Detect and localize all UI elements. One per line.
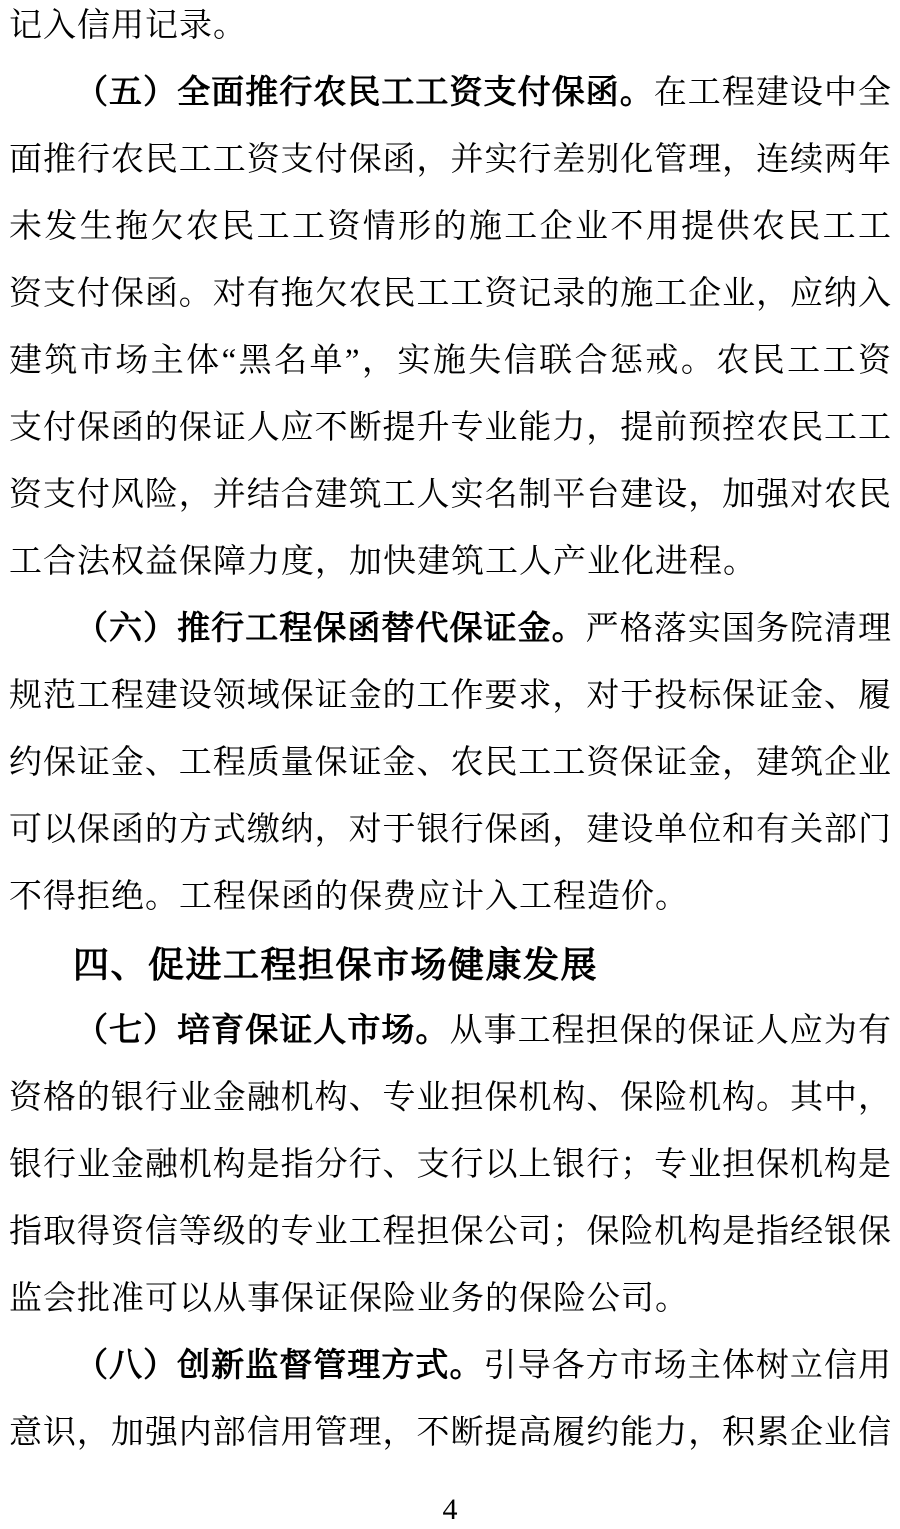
body-line: 面推行农民工工资支付保函，并实行差别化管理，连续两年 bbox=[9, 127, 891, 194]
body-text: 可以保函的方式缴纳，对于银行保函，建设单位和有关部门 bbox=[9, 812, 891, 848]
body-text: 从事工程担保的保证人应为有 bbox=[449, 1013, 891, 1049]
body-line: 记入信用记录。 bbox=[9, 0, 891, 60]
body-text: 规范工程建设领域保证金的工作要求，对于投标保证金、履 bbox=[9, 678, 891, 714]
body-text: 建筑市场主体“黑名单”，实施失信联合惩戒。农民工工资 bbox=[9, 343, 891, 379]
body-text: 工合法权益保障力度，加快建筑工人产业化进程。 bbox=[9, 544, 757, 580]
body-text: 严格落实国务院清理 bbox=[586, 611, 891, 647]
body-line: 支付保函的保证人应不断提升专业能力，提前预控农民工工 bbox=[9, 395, 891, 462]
body-text: 面推行农民工工资支付保函，并实行差别化管理，连续两年 bbox=[9, 142, 891, 178]
body-line: 意识，加强内部信用管理，不断提高履约能力，积累企业信 bbox=[9, 1400, 891, 1467]
section-heading: 四、促进工程担保市场健康发展 bbox=[9, 931, 891, 998]
body-text: 资支付保函。对有拖欠农民工工资记录的施工企业，应纳入 bbox=[9, 276, 891, 312]
body-text: 引导各方市场主体树立信用 bbox=[484, 1348, 891, 1384]
body-text: 指取得资信等级的专业工程担保公司；保险机构是指经银保 bbox=[9, 1214, 891, 1250]
body-line: 指取得资信等级的专业工程担保公司；保险机构是指经银保 bbox=[9, 1199, 891, 1266]
body-text: 在工程建设中全 bbox=[654, 75, 891, 111]
body-line: 建筑市场主体“黑名单”，实施失信联合惩戒。农民工工资 bbox=[9, 328, 891, 395]
body-text: 监会批准可以从事保证保险业务的保险公司。 bbox=[9, 1281, 689, 1317]
clause-lead-bold: （七）培育保证人市场。 bbox=[75, 1013, 449, 1049]
body-line: 规范工程建设领域保证金的工作要求，对于投标保证金、履 bbox=[9, 663, 891, 730]
body-line: 可以保函的方式缴纳，对于银行保函，建设单位和有关部门 bbox=[9, 797, 891, 864]
clause-7-first-line: （七）培育保证人市场。从事工程担保的保证人应为有 bbox=[9, 998, 891, 1065]
clause-8-first-line: （八）创新监督管理方式。引导各方市场主体树立信用 bbox=[9, 1333, 891, 1400]
clause-lead-bold: （五）全面推行农民工工资支付保函。 bbox=[75, 75, 654, 111]
section-heading-text: 四、促进工程担保市场健康发展 bbox=[73, 944, 598, 985]
body-line: 资格的银行业金融机构、专业担保机构、保险机构。其中， bbox=[9, 1065, 891, 1132]
body-line: 监会批准可以从事保证保险业务的保险公司。 bbox=[9, 1266, 891, 1333]
body-text: 资支付风险，并结合建筑工人实名制平台建设，加强对农民 bbox=[9, 477, 891, 513]
body-text: 支付保函的保证人应不断提升专业能力，提前预控农民工工 bbox=[9, 410, 891, 446]
document-page: 记入信用记录。 （五）全面推行农民工工资支付保函。在工程建设中全 面推行农民工工… bbox=[0, 0, 900, 1529]
body-line: 资支付保函。对有拖欠农民工工资记录的施工企业，应纳入 bbox=[9, 261, 891, 328]
clause-lead-bold: （六）推行工程保函替代保证金。 bbox=[75, 611, 586, 647]
body-line: 约保证金、工程质量保证金、农民工工资保证金，建筑企业 bbox=[9, 730, 891, 797]
body-text: 资格的银行业金融机构、专业担保机构、保险机构。其中， bbox=[9, 1080, 891, 1116]
body-text: 记入信用记录。 bbox=[9, 8, 247, 44]
clause-6-first-line: （六）推行工程保函替代保证金。严格落实国务院清理 bbox=[9, 596, 891, 663]
body-text: 不得拒绝。工程保函的保费应计入工程造价。 bbox=[9, 879, 689, 915]
page-number: 4 bbox=[0, 1492, 900, 1528]
body-line: 未发生拖欠农民工工资情形的施工企业不用提供农民工工 bbox=[9, 194, 891, 261]
clause-5-first-line: （五）全面推行农民工工资支付保函。在工程建设中全 bbox=[9, 60, 891, 127]
body-line: 银行业金融机构是指分行、支行以上银行；专业担保机构是 bbox=[9, 1132, 891, 1199]
body-text: 意识，加强内部信用管理，不断提高履约能力，积累企业信 bbox=[9, 1415, 891, 1451]
clause-lead-bold: （八）创新监督管理方式。 bbox=[75, 1348, 484, 1384]
body-text: 约保证金、工程质量保证金、农民工工资保证金，建筑企业 bbox=[9, 745, 891, 781]
body-text: 银行业金融机构是指分行、支行以上银行；专业担保机构是 bbox=[9, 1147, 891, 1183]
body-line: 不得拒绝。工程保函的保费应计入工程造价。 bbox=[9, 864, 891, 931]
body-line: 资支付风险，并结合建筑工人实名制平台建设，加强对农民 bbox=[9, 462, 891, 529]
document-body: 记入信用记录。 （五）全面推行农民工工资支付保函。在工程建设中全 面推行农民工工… bbox=[9, 0, 891, 1467]
body-line: 工合法权益保障力度，加快建筑工人产业化进程。 bbox=[9, 529, 891, 596]
body-text: 未发生拖欠农民工工资情形的施工企业不用提供农民工工 bbox=[9, 209, 891, 245]
